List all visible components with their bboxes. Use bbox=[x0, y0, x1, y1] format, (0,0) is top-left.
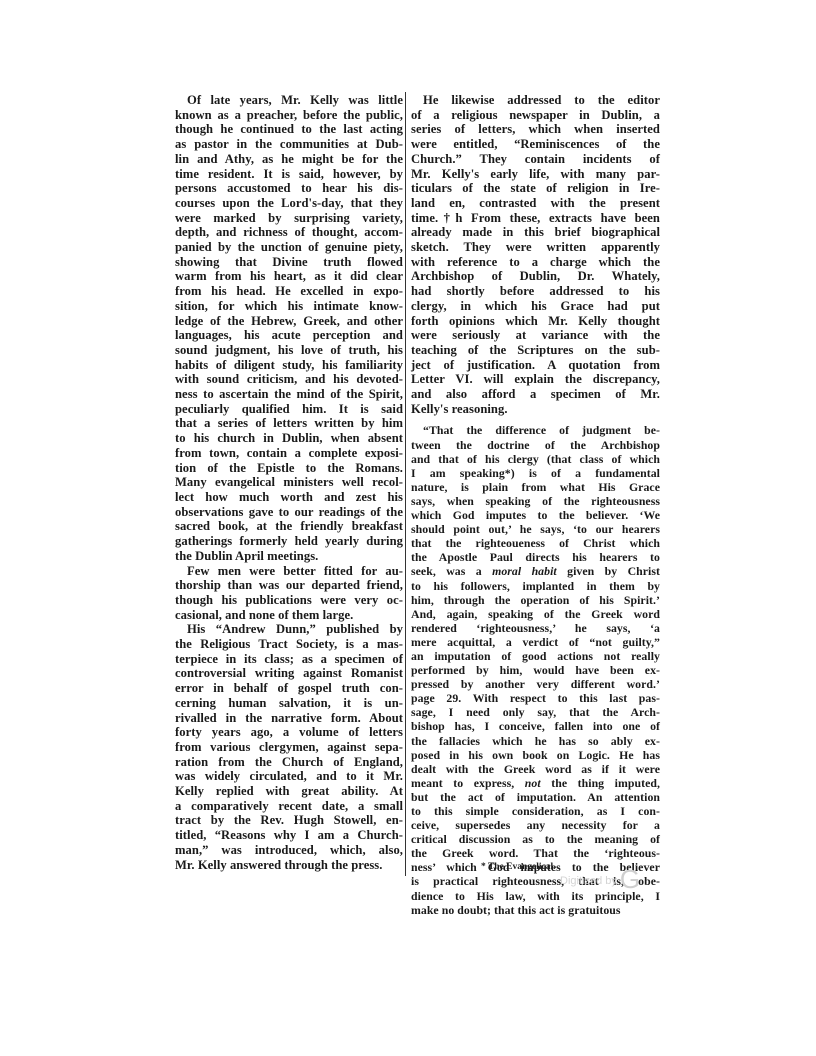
text-line: gatherings formerly held yearly during bbox=[175, 534, 403, 549]
text-line: thorship than was our departed friend, bbox=[175, 578, 403, 593]
text-line: ticulars of the state of religion in Ire… bbox=[411, 181, 660, 196]
text-line: languages, his acute perception and bbox=[175, 328, 403, 343]
watermark-text: Digitized by bbox=[560, 875, 617, 887]
text-line: His “Andrew Dunn,” published by bbox=[175, 622, 403, 637]
text-line: ceive, supersedes any necessity for a bbox=[411, 818, 660, 832]
text-line: sage, I need only say, that the Arch- bbox=[411, 705, 660, 719]
text-line: but the act of imputation. An attention bbox=[411, 790, 660, 804]
text-line: the Apostle Paul directs his hearers to bbox=[411, 550, 660, 564]
text-line: him, through the operation of his Spirit… bbox=[411, 593, 660, 607]
text-line: to this simple consideration, as I con- bbox=[411, 804, 660, 818]
text-line: ration from the Church of England, bbox=[175, 755, 403, 770]
text-line: the Religious Tract Society, is a mas- bbox=[175, 637, 403, 652]
text-line: and also afford a specimen of Mr. bbox=[411, 387, 660, 402]
paragraph: He likewise addressed to the editorof a … bbox=[411, 93, 660, 416]
text-line: Church.” They contain incidents of bbox=[411, 152, 660, 167]
text-line: was widely circulated, and to it Mr. bbox=[175, 769, 403, 784]
text-line: says, when speaking of the righteousness bbox=[411, 494, 660, 508]
text-line: Letter VI. will explain the discrepancy, bbox=[411, 372, 660, 387]
right-column: He likewise addressed to the editorof a … bbox=[411, 93, 660, 917]
text-line: the Dublin April meetings. bbox=[175, 549, 403, 564]
text-line: tion of the Epistle to the Romans. bbox=[175, 461, 403, 476]
text-line: forth opinions which Mr. Kelly thought bbox=[411, 314, 660, 329]
text-line: sacred book, at the friendly breakfast bbox=[175, 519, 403, 534]
text-line: that a series of letters written by him bbox=[175, 416, 403, 431]
text-line: warm from his heart, as it did clear bbox=[175, 269, 403, 284]
text-line: land en, contrasted with the present bbox=[411, 196, 660, 211]
text-line: mere acquittal, a verdict of “not guilty… bbox=[411, 635, 660, 649]
text-line: sketch. They were written apparently bbox=[411, 240, 660, 255]
text-line: ledge of the Hebrew, Greek, and other bbox=[175, 314, 403, 329]
text-line: were entitled, “Reminiscences of the bbox=[411, 137, 660, 152]
text-line: should point out,’ he says, ‘to our hear… bbox=[411, 522, 660, 536]
text-line: seek, was a moral habit given by Christ bbox=[411, 564, 660, 578]
text-line: Few men were better fitted for au- bbox=[175, 564, 403, 579]
left-column: Of late years, Mr. Kelly was littleknown… bbox=[175, 93, 403, 872]
text-line: Kelly replied with great ability. At bbox=[175, 784, 403, 799]
text-line: forty years ago, a volume of letters bbox=[175, 725, 403, 740]
text-line: known as a preacher, before the public, bbox=[175, 108, 403, 123]
paragraph: Few men were better fitted for au-thorsh… bbox=[175, 564, 403, 623]
quoted-letter-paragraph: “That the difference of judgment be-twee… bbox=[411, 423, 660, 916]
text-line: from various clergymen, against sepa- bbox=[175, 740, 403, 755]
text-line: controversial writing against Romanist bbox=[175, 666, 403, 681]
text-line: rivalled in the narrative form. About bbox=[175, 711, 403, 726]
text-line: titled, “Reasons why I am a Church- bbox=[175, 828, 403, 843]
text-line: though his publications were very oc- bbox=[175, 593, 403, 608]
paragraph: Of late years, Mr. Kelly was littleknown… bbox=[175, 93, 403, 564]
text-line: make no doubt; that this act is gratuito… bbox=[411, 903, 660, 917]
text-line: clergy, in which his Grace had put bbox=[411, 299, 660, 314]
text-line: Of late years, Mr. Kelly was little bbox=[175, 93, 403, 108]
text-line: man,” was introduced, which, also, bbox=[175, 843, 403, 858]
text-line: posed in his own book on Logic. He has bbox=[411, 748, 660, 762]
footnote: * The Evangelical. bbox=[481, 862, 556, 872]
text-line: as pastor in the communities at Dub- bbox=[175, 137, 403, 152]
digitized-by-watermark: Digitized by G bbox=[560, 860, 640, 891]
text-line: Many evangelical ministers well recol- bbox=[175, 475, 403, 490]
text-line: had shortly before addressed to his bbox=[411, 284, 660, 299]
text-line: dealt with the Greek word as if it were bbox=[411, 762, 660, 776]
text-line: and that of his clergy (that class of wh… bbox=[411, 452, 660, 466]
google-logo-icon: G bbox=[620, 864, 640, 894]
text-line: casional, and none of them large. bbox=[175, 608, 403, 623]
text-line: showing that Divine truth flowed bbox=[175, 255, 403, 270]
text-line: tract by the Rev. Hugh Stowell, en- bbox=[175, 813, 403, 828]
text-line: from town, contain a complete exposi- bbox=[175, 446, 403, 461]
text-line: teaching of the Scriptures on the sub- bbox=[411, 343, 660, 358]
text-line: the fallacies which he has so ably ex- bbox=[411, 734, 660, 748]
text-line: with reference to a charge which the bbox=[411, 255, 660, 270]
text-line: Mr. Kelly's early life, with many par- bbox=[411, 167, 660, 182]
text-line: already made in this brief biographical bbox=[411, 225, 660, 240]
text-line: courses upon the Lord's-day, that they bbox=[175, 196, 403, 211]
text-line: page 29. With respect to this last pas- bbox=[411, 691, 660, 705]
text-line: panied by the unction of genuine piety, bbox=[175, 240, 403, 255]
text-line: to his church in Dublin, when absent bbox=[175, 431, 403, 446]
paragraph: His “Andrew Dunn,” published bythe Relig… bbox=[175, 622, 403, 872]
text-line: time resident. It is said, however, by bbox=[175, 167, 403, 182]
text-line: were seriously at variance with the bbox=[411, 328, 660, 343]
text-line: which God imputes to the believer. ‘We bbox=[411, 508, 660, 522]
text-line: error in behalf of gospel truth con- bbox=[175, 681, 403, 696]
text-line: critical discussion as to the meaning of bbox=[411, 832, 660, 846]
text-line: tween the doctrine of the Archbishop bbox=[411, 438, 660, 452]
text-line: with sound criticism, and his devoted- bbox=[175, 372, 403, 387]
text-line: to his followers, implanted in them by bbox=[411, 579, 660, 593]
text-line: Kelly's reasoning. bbox=[411, 402, 660, 417]
text-line: the Greek word. That the ‘righteous- bbox=[411, 846, 660, 860]
text-line: peculiarly qualified him. It is said bbox=[175, 402, 403, 417]
text-line: observations gave to our readings of the bbox=[175, 505, 403, 520]
text-line: ject of justification. A quotation from bbox=[411, 358, 660, 373]
text-line: that the righteoueness of Christ which bbox=[411, 536, 660, 550]
text-line: persons accustomed to hear his dis- bbox=[175, 181, 403, 196]
text-line: Archbishop of Dublin, Dr. Whately, bbox=[411, 269, 660, 284]
text-line: lin and Athy, as he might be for the bbox=[175, 152, 403, 167]
text-line: Mr. Kelly answered through the press. bbox=[175, 858, 403, 873]
text-line: “That the difference of judgment be- bbox=[411, 423, 660, 437]
text-line: habits of diligent study, his familiarit… bbox=[175, 358, 403, 373]
scanned-book-page: Of late years, Mr. Kelly was littleknown… bbox=[0, 0, 816, 1056]
text-line: He likewise addressed to the editor bbox=[411, 93, 660, 108]
text-line: of a religious newspaper in Dublin, a bbox=[411, 108, 660, 123]
text-line: time.†h From these, extracts have been bbox=[411, 211, 660, 226]
text-line: pressed by another very different word.’ bbox=[411, 677, 660, 691]
text-line: And, again, speaking of the Greek word bbox=[411, 607, 660, 621]
text-line: cerning human salvation, it is un- bbox=[175, 696, 403, 711]
text-line: performed by him, would have been ex- bbox=[411, 663, 660, 677]
text-line: bishop has, I conceive, fallen into one … bbox=[411, 719, 660, 733]
text-line: an imputation of good actions not really bbox=[411, 649, 660, 663]
text-line: a comparatively recent date, a small bbox=[175, 799, 403, 814]
text-line: nature, is plain from what His Grace bbox=[411, 480, 660, 494]
text-line: though he continued to the last acting bbox=[175, 122, 403, 137]
text-line: series of letters, which when inserted bbox=[411, 122, 660, 137]
text-line: lect how much worth and zest his bbox=[175, 490, 403, 505]
text-line: depth, and richness of thought, accom- bbox=[175, 225, 403, 240]
text-line: sition, for which his intimate know- bbox=[175, 299, 403, 314]
text-line: meant to express, not the thing imputed, bbox=[411, 776, 660, 790]
text-line: rendered ‘righteousness,’ he says, ‘a bbox=[411, 621, 660, 635]
text-line: ness to ascertain the mind of the Spirit… bbox=[175, 387, 403, 402]
text-line: were marked by surprising variety, bbox=[175, 211, 403, 226]
text-line: terpiece in its class; as a specimen of bbox=[175, 652, 403, 667]
text-line: sound judgment, his love of truth, his bbox=[175, 343, 403, 358]
column-divider bbox=[405, 92, 406, 876]
text-line: I am speaking*) is of a fundamental bbox=[411, 466, 660, 480]
text-line: from his head. He excelled in expo- bbox=[175, 284, 403, 299]
